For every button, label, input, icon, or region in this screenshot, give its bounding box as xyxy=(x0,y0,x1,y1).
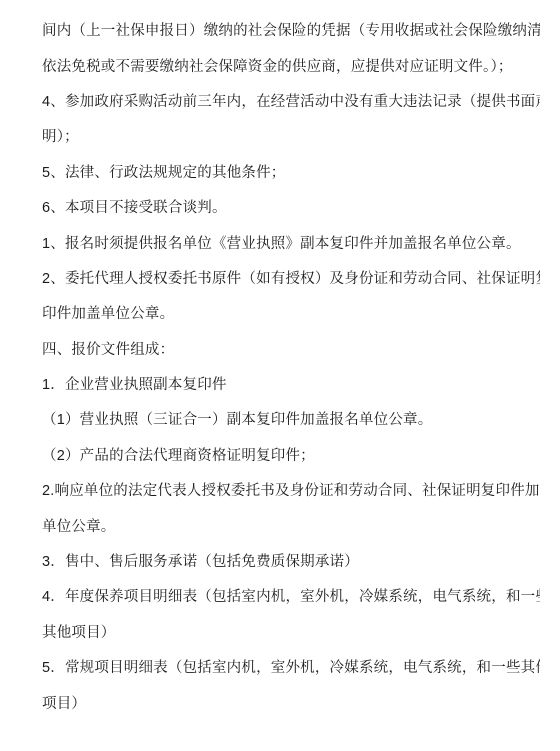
text-line: 6、本项目不接受联合谈判。 xyxy=(42,189,540,224)
text-line: 其他项目） xyxy=(42,614,540,649)
text-line: （1）营业执照（三证合一）副本复印件加盖报名单位公章。 xyxy=(42,401,540,436)
text-line: 印件加盖单位公章。 xyxy=(42,295,540,330)
text-line: 5、法律、行政法规规定的其他条件； xyxy=(42,154,540,189)
text-line: 5．常规项目明细表（包括室内机，室外机，冷媒系统，电气系统，和一些其他 xyxy=(42,649,540,684)
document-page: 间内（上一社保申报日）缴纳的社会保险的凭据（专用收据或社会保险缴纳清单）， 依法… xyxy=(0,0,560,751)
text-line: 4、参加政府采购活动前三年内，在经营活动中没有重大违法记录（提供书面声 xyxy=(42,83,540,118)
text-line: （2）产品的合法代理商资格证明复印件； xyxy=(42,437,540,472)
text-line: 3．售中、售后服务承诺（包括免费质保期承诺） xyxy=(42,543,540,578)
text-line: 四、报价文件组成： xyxy=(42,331,540,366)
text-line: 间内（上一社保申报日）缴纳的社会保险的凭据（专用收据或社会保险缴纳清单）， xyxy=(42,12,540,47)
text-line: 4．年度保养项目明细表（包括室内机，室外机，冷媒系统，电气系统，和一些 xyxy=(42,578,540,613)
text-line: 2.响应单位的法定代表人授权委托书及身份证和劳动合同、社保证明复印件加盖 xyxy=(42,472,540,507)
text-line: 1．企业营业执照副本复印件 xyxy=(42,366,540,401)
text-line: 明）； xyxy=(42,118,540,153)
text-line: 项目） xyxy=(42,684,540,719)
text-line: 1、报名时须提供报名单位《营业执照》副本复印件并加盖报名单位公章。 xyxy=(42,224,540,259)
text-line: 依法免税或不需要缴纳社会保障资金的供应商，应提供对应证明文件。）； xyxy=(42,47,540,82)
text-line: 单位公章。 xyxy=(42,507,540,542)
text-line: 2、委托代理人授权委托书原件（如有授权）及身份证和劳动合同、社保证明复 xyxy=(42,260,540,295)
